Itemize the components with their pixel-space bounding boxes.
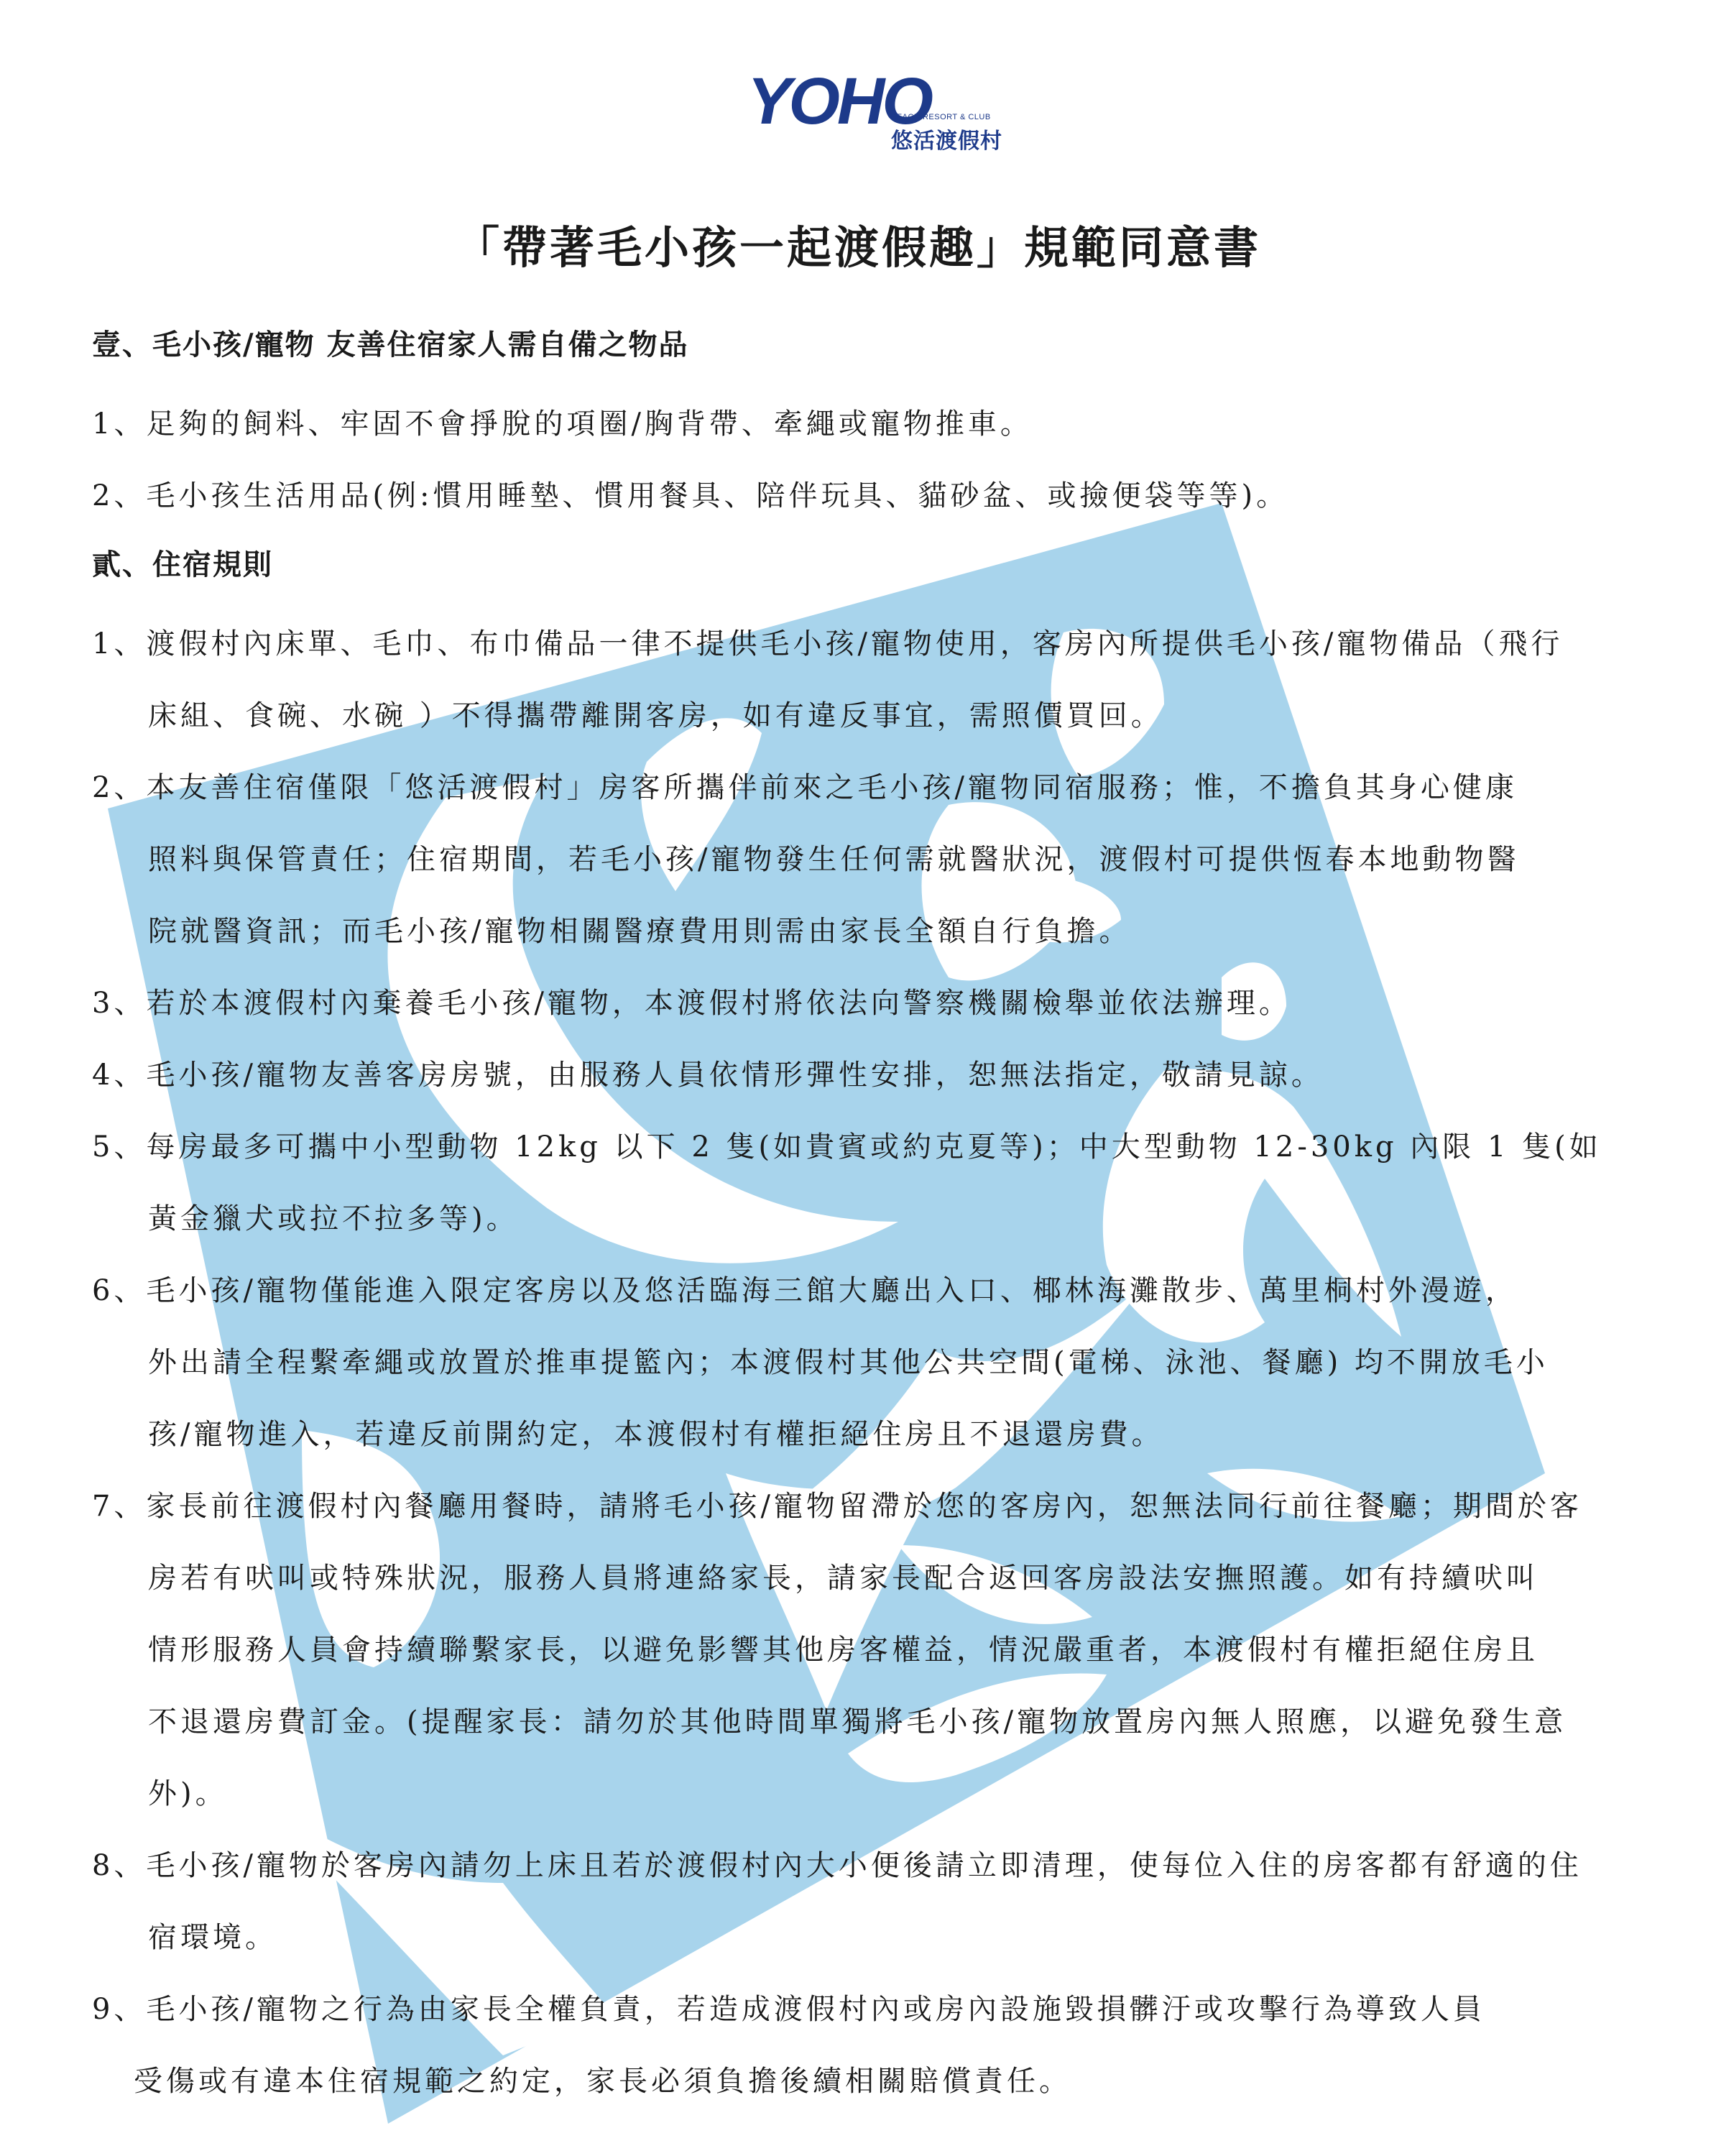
item-line: 照料與保管責任；住宿期間，若毛小孩/寵物發生任何需就醫狀況，渡假村可提供恆春本地…	[92, 824, 1637, 895]
list-item: 1、足夠的飼料、牢固不會掙脫的項圈/胸背帶、牽繩或寵物推車。	[92, 388, 1637, 460]
item-line: 外出請全程繫牽繩或放置於推車提籃內；本渡假村其他公共空間(電梯、泳池、餐廳) 均…	[92, 1327, 1637, 1399]
rule-item-3: 3、若於本渡假村內棄養毛小孩/寵物，本渡假村將依法向警察機關檢舉並依法辦理。	[92, 967, 1637, 1039]
item-line: 院就醫資訊；而毛小孩/寵物相關醫療費用則需由家長全額自行負擔。	[92, 895, 1637, 967]
item-line: 2、毛小孩生活用品(例:慣用睡墊、慣用餐具、陪伴玩具、貓砂盆、或撿便袋等等)。	[92, 460, 1637, 532]
rule-item-2: 2、本友善住宿僅限「悠活渡假村」房客所攜伴前來之毛小孩/寵物同宿服務；惟，不擔負…	[92, 752, 1637, 967]
document-title: 「帶著毛小孩一起渡假趣」規範同意書	[0, 216, 1716, 280]
item-line: 2、本友善住宿僅限「悠活渡假村」房客所攜伴前來之毛小孩/寵物同宿服務；惟，不擔負…	[92, 752, 1637, 824]
rule-item-4: 4、毛小孩/寵物友善客房房號，由服務人員依情形彈性安排，恕無法指定，敬請見諒。	[92, 1039, 1637, 1111]
item-line: 9、毛小孩/寵物之行為由家長全權負責，若造成渡假村內或房內設施毀損髒汙或攻擊行為…	[92, 1973, 1637, 2045]
item-line: 孩/寵物進入，若違反前開約定，本渡假村有權拒絕住房且不退還房費。	[92, 1399, 1637, 1470]
item-line: 1、渡假村內床單、毛巾、布巾備品一律不提供毛小孩/寵物使用，客房內所提供毛小孩/…	[92, 608, 1637, 680]
item-line: 不退還房費訂金。(提醒家長：請勿於其他時間單獨將毛小孩/寵物放置房內無人照應，以…	[92, 1686, 1637, 1758]
item-line: 情形服務人員會持續聯繫家長，以避免影響其他房客權益，情況嚴重者，本渡假村有權拒絕…	[92, 1614, 1637, 1686]
section-heading: 貳、住宿規則	[92, 536, 1637, 608]
item-line: 4、毛小孩/寵物友善客房房號，由服務人員依情形彈性安排，恕無法指定，敬請見諒。	[92, 1039, 1637, 1111]
section-supplies: 壹、毛小孩/寵物 友善住宿家人需自備之物品 1、足夠的飼料、牢固不會掙脫的項圈/…	[92, 316, 1637, 532]
item-line: 5、每房最多可攜中小型動物 12kg 以下 2 隻(如貴賓或約克夏等)；中大型動…	[92, 1111, 1637, 1183]
list-item: 2、毛小孩生活用品(例:慣用睡墊、慣用餐具、陪伴玩具、貓砂盆、或撿便袋等等)。	[92, 460, 1637, 532]
logo-tagline: BEACH RESORT & CLUB	[891, 113, 991, 121]
item-line: 黃金獵犬或拉不拉多等)。	[92, 1183, 1637, 1255]
logo-chinese-name: 悠活渡假村	[891, 123, 1002, 155]
item-line: 房若有吠叫或特殊狀況，服務人員將連絡家長，請家長配合返回客房設法安撫照護。如有持…	[92, 1542, 1637, 1614]
item-line: 8、毛小孩/寵物於客房內請勿上床且若於渡假村內大小便後請立即清理，使每位入住的房…	[92, 1830, 1637, 1902]
item-line: 宿環境。	[92, 1902, 1637, 1973]
item-line: 外)。	[92, 1758, 1637, 1830]
rule-item-9: 9、毛小孩/寵物之行為由家長全權負責，若造成渡假村內或房內設施毀損髒汙或攻擊行為…	[92, 1973, 1637, 2117]
item-line: 受傷或有違本住宿規範之約定，家長必須負擔後續相關賠償責任。	[92, 2045, 1637, 2117]
document-body: 壹、毛小孩/寵物 友善住宿家人需自備之物品 1、足夠的飼料、牢固不會掙脫的項圈/…	[92, 316, 1637, 2117]
item-line: 3、若於本渡假村內棄養毛小孩/寵物，本渡假村將依法向警察機關檢舉並依法辦理。	[92, 967, 1637, 1039]
rule-item-8: 8、毛小孩/寵物於客房內請勿上床且若於渡假村內大小便後請立即清理，使每位入住的房…	[92, 1830, 1637, 1973]
item-line: 1、足夠的飼料、牢固不會掙脫的項圈/胸背帶、牽繩或寵物推車。	[92, 388, 1637, 460]
rule-item-6: 6、毛小孩/寵物僅能進入限定客房以及悠活臨海三館大廳出入口、椰林海灘散步、萬里桐…	[92, 1255, 1637, 1470]
item-line: 床組、食碗、水碗 ）不得攜帶離開客房，如有違反事宜，需照價買回。	[92, 680, 1637, 752]
yoho-logo: YOHO BEACH RESORT & CLUB 悠活渡假村	[747, 68, 1035, 155]
item-line: 6、毛小孩/寵物僅能進入限定客房以及悠活臨海三館大廳出入口、椰林海灘散步、萬里桐…	[92, 1255, 1637, 1327]
item-line: 7、家長前往渡假村內餐廳用餐時，請將毛小孩/寵物留滯於您的客房內，恕無法同行前往…	[92, 1470, 1637, 1542]
rule-item-7: 7、家長前往渡假村內餐廳用餐時，請將毛小孩/寵物留滯於您的客房內，恕無法同行前往…	[92, 1470, 1637, 1830]
rule-item-5: 5、每房最多可攜中小型動物 12kg 以下 2 隻(如貴賓或約克夏等)；中大型動…	[92, 1111, 1637, 1255]
section-rules: 貳、住宿規則 1、渡假村內床單、毛巾、布巾備品一律不提供毛小孩/寵物使用，客房內…	[92, 536, 1637, 2117]
section-heading: 壹、毛小孩/寵物 友善住宿家人需自備之物品	[92, 316, 1637, 388]
rule-item-1: 1、渡假村內床單、毛巾、布巾備品一律不提供毛小孩/寵物使用，客房內所提供毛小孩/…	[92, 608, 1637, 752]
